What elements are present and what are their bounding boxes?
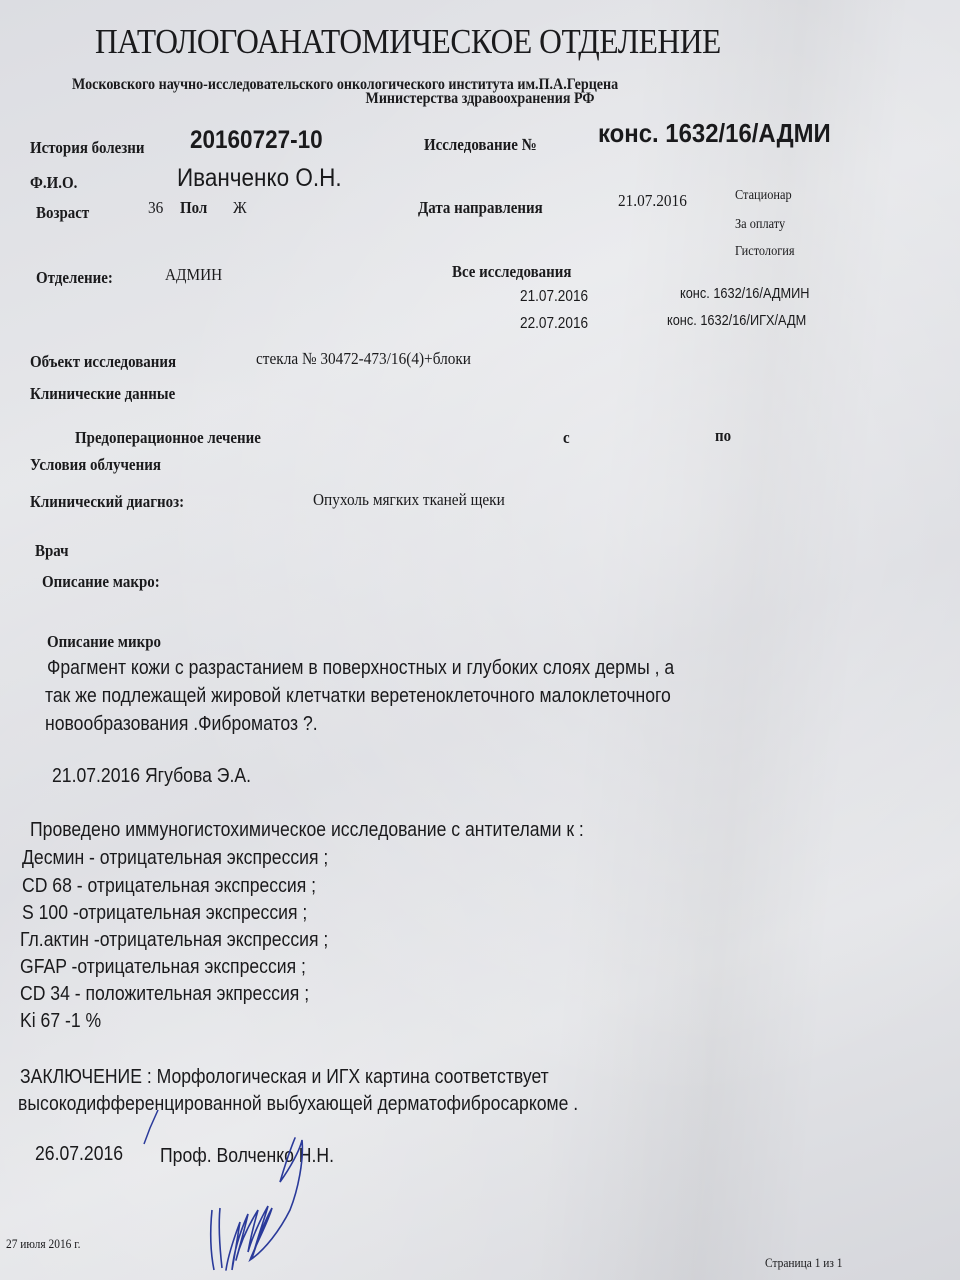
ihc-intro: Проведено иммуногистохимическое исследов… — [30, 819, 584, 842]
flag-histology: Гистология — [735, 244, 795, 260]
object-label: Объект исследования — [30, 352, 176, 372]
history-label: История болезни — [30, 138, 145, 158]
preop-label: Предоперационное лечение — [75, 428, 261, 448]
irradiation-label: Условия облучения — [30, 455, 161, 475]
age-label: Возраст — [36, 203, 89, 223]
diagnosis-label: Клинический диагноз: — [30, 492, 184, 512]
micro-line: так же подлежащей жировой клетчатки вере… — [45, 685, 671, 708]
macro-label: Описание макро: — [42, 572, 160, 592]
study-row-id: конс. 1632/16/АДМИН — [680, 285, 810, 302]
name-label: Ф.И.О. — [30, 173, 77, 193]
micro-signed: 21.07.2016 Ягубова Э.А. — [52, 765, 251, 788]
micro-line: новообразования .Фиброматоз ?. — [45, 713, 318, 736]
page-number: Страница 1 из 1 — [765, 1255, 843, 1271]
study-row-date: 22.07.2016 — [520, 315, 588, 333]
ihc-line: GFAP -отрицательная экспрессия ; — [20, 956, 306, 979]
department-value: АДМИН — [165, 265, 222, 285]
ihc-line: CD 68 - отрицательная экспрессия ; — [22, 875, 316, 898]
department-label: Отделение: — [36, 268, 113, 288]
study-label: Исследование № — [424, 135, 537, 155]
all-studies-label: Все исследования — [452, 262, 571, 282]
print-date: 27 июля 2016 г. — [6, 1236, 81, 1252]
preop-from-label: с — [563, 428, 570, 448]
document-title: ПАТОЛОГОАНАТОМИЧЕСКОЕ ОТДЕЛЕНИЕ — [95, 22, 721, 62]
age-value: 36 — [148, 198, 163, 218]
preop-to-label: по — [715, 426, 731, 446]
sex-label: Пол — [180, 198, 207, 218]
flag-paid: За оплату — [735, 217, 785, 233]
ministry-name: Министерства здравоохранения РФ — [58, 90, 903, 108]
study-row-date: 21.07.2016 — [520, 288, 588, 306]
ihc-line: Ki 67 -1 % — [20, 1010, 101, 1033]
conclusion-date: 26.07.2016 — [35, 1143, 123, 1166]
clinical-data-label: Клинические данные — [30, 384, 175, 404]
history-value: 20160727-10 — [190, 126, 323, 155]
study-row-id: конс. 1632/16/ИГХ/АДМ — [667, 312, 806, 329]
conclusion-line: ЗАКЛЮЧЕНИЕ : Морфологическая и ИГХ карти… — [20, 1066, 549, 1089]
ihc-line: S 100 -отрицательная экспрессия ; — [22, 902, 307, 925]
ihc-line: Гл.актин -отрицательная экспрессия ; — [20, 929, 328, 952]
diagnosis-value: Опухоль мягких тканей щеки — [313, 490, 505, 510]
patient-name: Иванченко О.Н. — [177, 164, 342, 193]
ihc-line: Десмин - отрицательная экспрессия ; — [22, 847, 328, 870]
handwritten-signature — [140, 1110, 460, 1280]
referral-date: 21.07.2016 — [618, 191, 687, 211]
doctor-label: Врач — [35, 541, 69, 561]
micro-line: Фрагмент кожи с разрастанием в поверхнос… — [47, 657, 674, 680]
ihc-line: CD 34 - положительная экпрессия ; — [20, 983, 309, 1006]
flag-inpatient: Стационар — [735, 188, 792, 204]
object-value: стекла № 30472-473/16(4)+блоки — [256, 349, 471, 369]
referral-label: Дата направления — [418, 198, 543, 218]
study-value: конс. 1632/16/АДМИ — [598, 118, 831, 149]
micro-label: Описание микро — [47, 632, 161, 652]
sex-value: Ж — [233, 198, 247, 218]
